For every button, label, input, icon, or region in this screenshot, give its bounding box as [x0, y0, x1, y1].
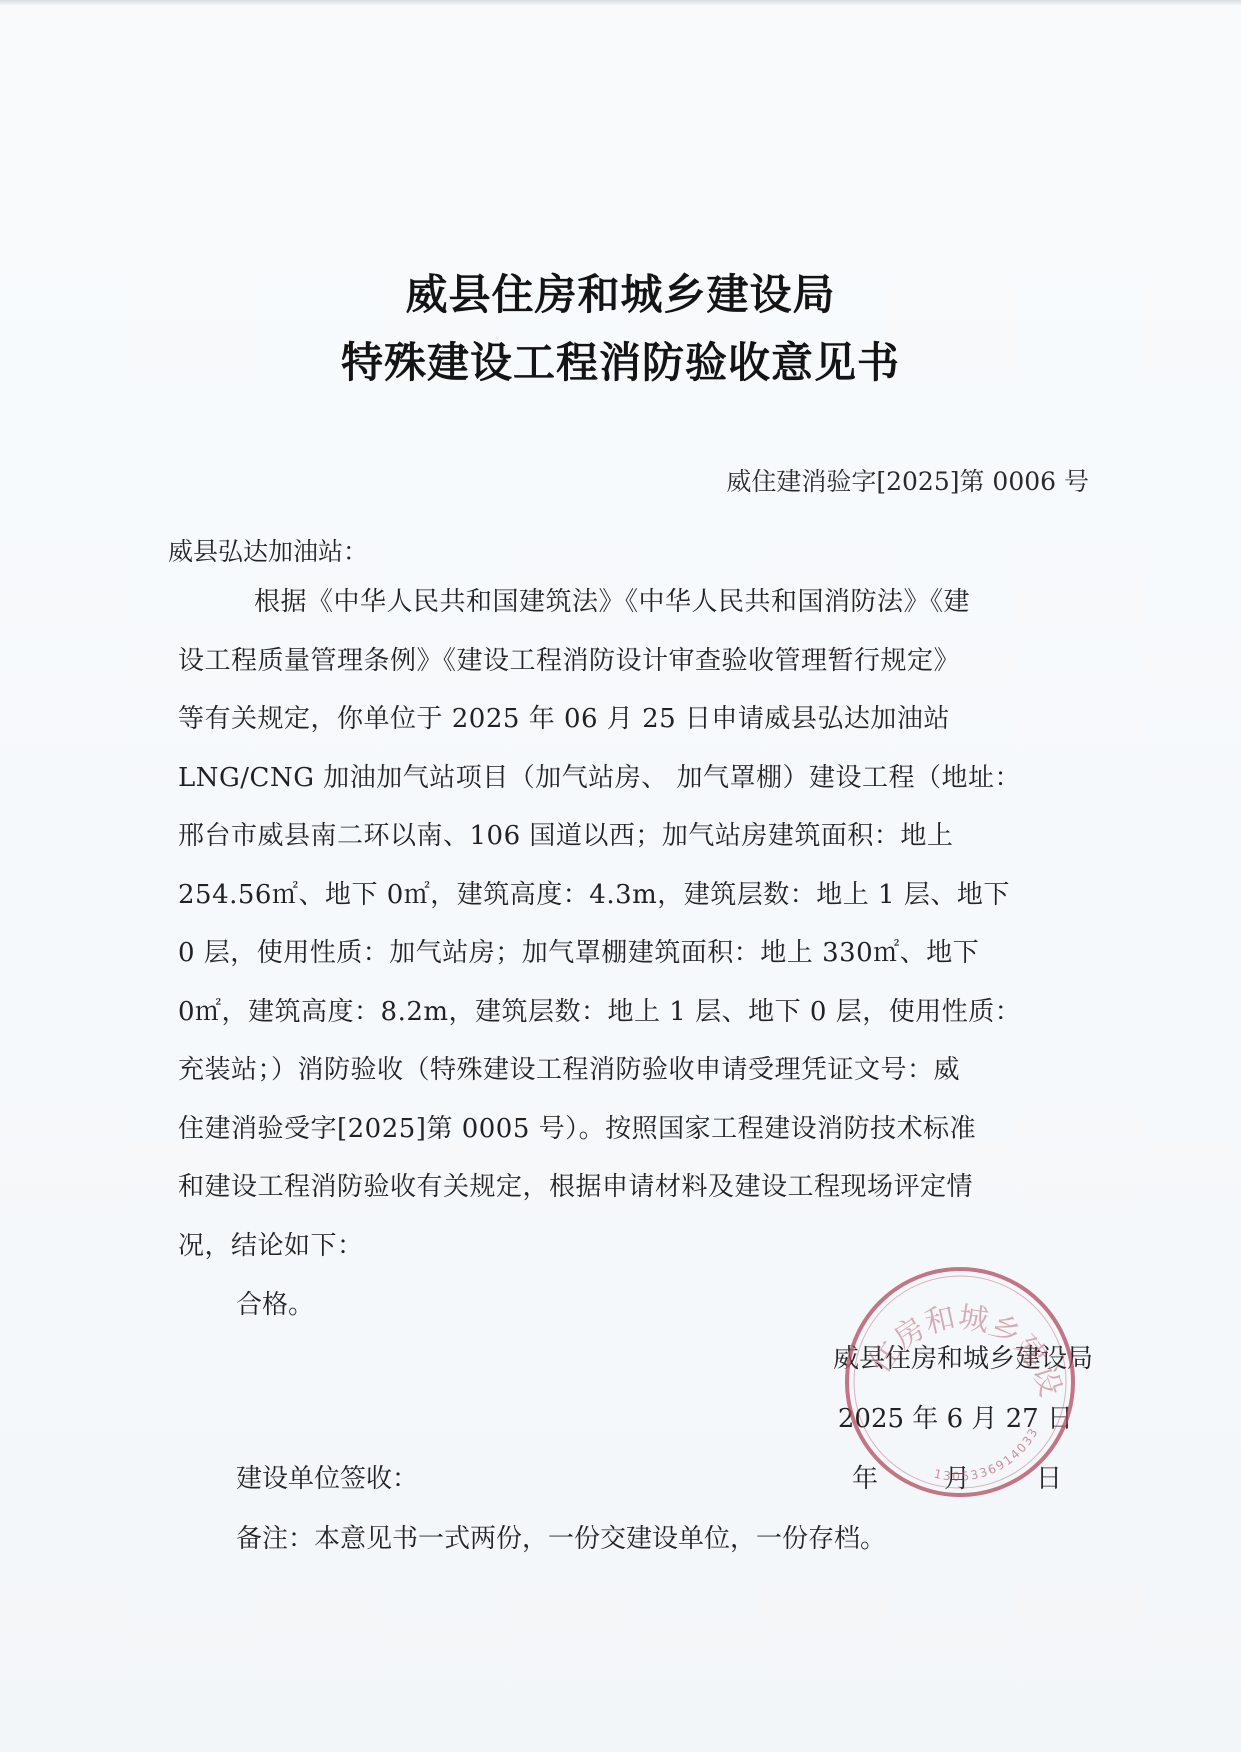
body-line: 和建设工程消防验收有关规定，根据申请材料及建设工程现场评定情: [178, 1167, 1076, 1226]
signoff-month: 月: [944, 1458, 970, 1495]
issuing-authority-title: 威县住房和城乡建设局: [0, 262, 1241, 322]
body-line: LNG/CNG 加油加气站项目（加气站房、 加气罩棚）建设工程（地址：: [178, 758, 1076, 817]
body-line: 设工程质量管理条例》《建设工程消防设计审查验收管理暂行规定》: [178, 641, 1076, 700]
signoff-year: 年: [852, 1458, 878, 1495]
recipient-signoff-label: 建设单位签收：: [236, 1458, 418, 1495]
body-line: 邢台市威县南二环以南、106 国道以西；加气站房建筑面积：地上: [178, 816, 1076, 875]
body-line: 0 层，使用性质：加气站房；加气罩棚建筑面积：地上 330㎡、地下: [178, 933, 1076, 992]
recipient: 威县弘达加油站：: [168, 532, 368, 568]
document-number: 威住建消验字[2025]第 0006 号: [726, 462, 1089, 498]
body-line: 0㎡，建筑高度：8.2m，建筑层数：地上 1 层、地下 0 层，使用性质：: [178, 992, 1076, 1051]
body-text: 根据《中华人民共和国建筑法》《中华人民共和国消防法》《建 设工程质量管理条例》《…: [196, 582, 1076, 1284]
body-line: 充装站；）消防验收（特殊建设工程消防验收申请受理凭证文号：威: [178, 1050, 1076, 1109]
signoff-day: 日: [1036, 1458, 1062, 1495]
body-line: 等有关规定，你单位于 2025 年 06 月 25 日申请威县弘达加油站: [178, 699, 1076, 758]
recipient-signoff-date: 年 月 日: [852, 1458, 1062, 1495]
remark-note: 备注：本意见书一式两份，一份交建设单位，一份存档。: [236, 1518, 886, 1555]
body-line: 根据《中华人民共和国建筑法》《中华人民共和国消防法》《建: [196, 582, 1076, 641]
body-line: 住建消验受字[2025]第 0005 号）。按照国家工程建设消防技术标准: [178, 1109, 1076, 1168]
issuer-signature: 威县住房和城乡建设局: [833, 1338, 1093, 1375]
document-title: 特殊建设工程消防验收意见书: [0, 330, 1241, 390]
scan-edge: [0, 0, 1241, 6]
body-line: 况，结论如下：: [178, 1226, 1076, 1285]
conclusion: 合格。: [236, 1284, 314, 1321]
body-line: 254.56㎡、地下 0㎡，建筑高度：4.3m，建筑层数：地上 1 层、地下: [178, 875, 1076, 934]
document-page: 威县住房和城乡建设局 特殊建设工程消防验收意见书 威住建消验字[2025]第 0…: [0, 0, 1241, 1752]
issue-date: 2025 年 6 月 27 日: [838, 1398, 1073, 1435]
